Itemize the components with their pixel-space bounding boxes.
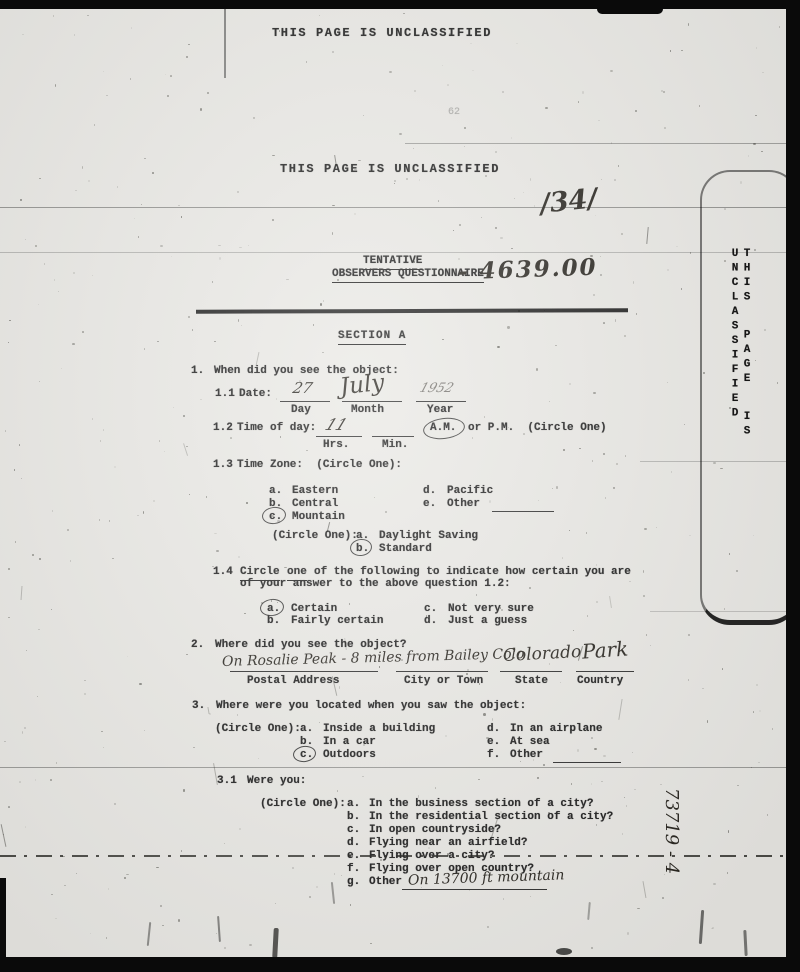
q3-option-label: In an airplane: [510, 724, 602, 736]
zone-option-label: Eastern: [292, 486, 338, 498]
handwritten-other-location: On 13700 ft mountain: [408, 868, 565, 887]
zone-option-label: Central: [292, 499, 338, 511]
zone-other-blank: [492, 511, 554, 512]
minutes-blank: [372, 436, 414, 437]
handwritten-state: Colorado: [503, 644, 582, 665]
ink-smudge: [556, 948, 572, 955]
q31-option-label: In the residential section of a city?: [369, 812, 613, 824]
q31-option-key: f.: [347, 864, 360, 876]
q3-option-key: f.: [487, 750, 500, 762]
q2-number: 2.: [191, 640, 204, 652]
faint-mark: 62: [448, 108, 460, 119]
q1-1-label: Date:: [239, 389, 272, 401]
q3-1-text: Were you:: [247, 776, 306, 788]
faint-rule: [0, 207, 786, 208]
q31-option-key: e.: [347, 851, 360, 863]
footer-roll-number: 73719 - 4: [662, 788, 680, 874]
q31-option-label: Flying near an airfield?: [369, 838, 527, 850]
country-blank: [576, 671, 634, 672]
ink-smudge: [743, 930, 747, 956]
scanned-questionnaire-page: THIS PAGE IS UNCLASSIFIED THIS PAGE IS U…: [0, 0, 800, 972]
q3-text: Where were you located when you saw the …: [216, 701, 526, 713]
scan-border-bottom: [0, 957, 800, 972]
zone-option-label: Pacific: [447, 486, 493, 498]
classification-stamp-side: THIS PAGE IS UNCLASSIFIED: [729, 248, 753, 593]
q1-4-number: 1.4: [213, 567, 233, 579]
faint-rule: [405, 143, 786, 144]
title-rule: [196, 308, 628, 313]
postal-address-label: Postal Address: [247, 676, 339, 688]
zone-option-label: Other: [447, 499, 480, 511]
dst-option-label: Daylight Saving: [379, 531, 478, 543]
state-label: State: [515, 676, 548, 688]
scan-border-notch: [597, 0, 663, 14]
day-blank: [280, 401, 330, 402]
circled-option-mark-am: [422, 416, 466, 442]
circled-option-mark-standard: [349, 538, 373, 558]
city-label: City or Town: [404, 676, 483, 688]
hours-label: Hrs.: [323, 440, 349, 452]
q3-1-number: 3.1: [217, 776, 237, 788]
q31-option-label: In open countryside?: [369, 825, 501, 837]
ink-smudge: [147, 922, 151, 946]
q3-circle-one-label: (Circle One):: [215, 724, 301, 736]
ink-smudge: [217, 916, 221, 942]
certainty-option-key: d.: [424, 616, 437, 628]
certainty-option-label: Certain: [291, 604, 337, 616]
q3-option-key: d.: [487, 724, 500, 736]
handwritten-day: 27: [291, 381, 313, 396]
q31-option-key: a.: [347, 799, 360, 811]
handwritten-country: Park: [581, 638, 628, 661]
handwritten-month: July: [339, 372, 386, 400]
certainty-option-label: Fairly certain: [291, 616, 383, 628]
handwritten-page-mark: /34/: [539, 185, 599, 218]
day-label: Day: [291, 405, 311, 417]
pm-circle-one-text: or P.M. (Circle One): [468, 423, 607, 435]
ink-smudge: [587, 902, 591, 920]
q1-3-number: 1.3: [213, 460, 233, 472]
certainty-option-key: c.: [424, 604, 437, 616]
state-blank: [500, 671, 562, 672]
q1-3-label: Time Zone: (Circle One):: [237, 460, 402, 472]
handwritten-year: 1952: [418, 382, 455, 395]
scan-border-left: [0, 878, 6, 972]
q3-option-label: Outdoors: [323, 750, 376, 762]
q1-2-number: 1.2: [213, 423, 233, 435]
q31-option-key: d.: [347, 838, 360, 850]
handwritten-hours: 11: [323, 417, 350, 433]
hours-blank: [316, 436, 362, 437]
month-label: Month: [351, 405, 384, 417]
scan-border-top: [0, 0, 800, 9]
q31-option-label: Other: [369, 877, 402, 889]
certainty-option-label: Not very sure: [448, 604, 534, 616]
q3-other-blank: [553, 762, 621, 763]
circled-option-mark-mountain: [261, 506, 287, 526]
q3-number: 3.: [192, 701, 205, 713]
year-label: Year: [427, 405, 453, 417]
classification-stamp-mid: THIS PAGE IS UNCLASSIFIED: [280, 163, 500, 176]
dst-circle-one-label: (Circle One):: [272, 531, 358, 543]
zone-option-label: Mountain: [292, 512, 345, 524]
q3-1-circle-one-label: (Circle One):: [260, 799, 346, 811]
q1-4-text-line2: of your answer to the above question 1.2…: [240, 579, 511, 591]
section-header: SECTION A: [338, 331, 406, 345]
q31-option-key: b.: [347, 812, 360, 824]
q3-option-label: In a car: [323, 737, 376, 749]
q31-option-key: g.: [347, 877, 360, 889]
q1-2-label: Time of day:: [237, 423, 316, 435]
country-label: Country: [577, 676, 623, 688]
minutes-label: Min.: [382, 440, 408, 452]
q3-option-key: a.: [300, 724, 313, 736]
year-blank: [416, 401, 466, 402]
q3-option-label: At sea: [510, 737, 550, 749]
faint-rule: [0, 767, 786, 768]
zone-option-key: d.: [423, 486, 436, 498]
dst-option-label: Standard: [379, 544, 432, 556]
q31-option-label: Flying over a city?: [369, 851, 494, 863]
q31-other-blank: [402, 889, 547, 890]
q3-option-key: e.: [487, 737, 500, 749]
ink-smudge: [699, 910, 704, 944]
q31-option-label: In the business section of a city?: [369, 799, 593, 811]
faint-rule: [0, 252, 786, 253]
ink-smudge: [331, 882, 335, 904]
stray-mark: [224, 8, 226, 78]
q31-option-key: c.: [347, 825, 360, 837]
classification-stamp-top: THIS PAGE IS UNCLASSIFIED: [272, 27, 492, 40]
q1-number: 1.: [191, 366, 204, 378]
month-blank: [342, 401, 402, 402]
q1-1-number: 1.1: [215, 389, 235, 401]
q3-option-label: Other: [510, 750, 543, 762]
postal-address-blank: [230, 671, 378, 672]
zone-option-key: e.: [423, 499, 436, 511]
q3-option-label: Inside a building: [323, 724, 435, 736]
zone-option-key: a.: [269, 486, 282, 498]
handwritten-case-number: - 4639.00: [458, 256, 598, 284]
q1-4-text: of the following to indicate how certain…: [314, 567, 631, 579]
city-blank: [396, 671, 488, 672]
scan-border-right: [786, 0, 800, 972]
certainty-option-label: Just a guess: [448, 616, 527, 628]
ink-smudge: [272, 928, 279, 958]
certainty-option-key: b.: [267, 616, 280, 628]
